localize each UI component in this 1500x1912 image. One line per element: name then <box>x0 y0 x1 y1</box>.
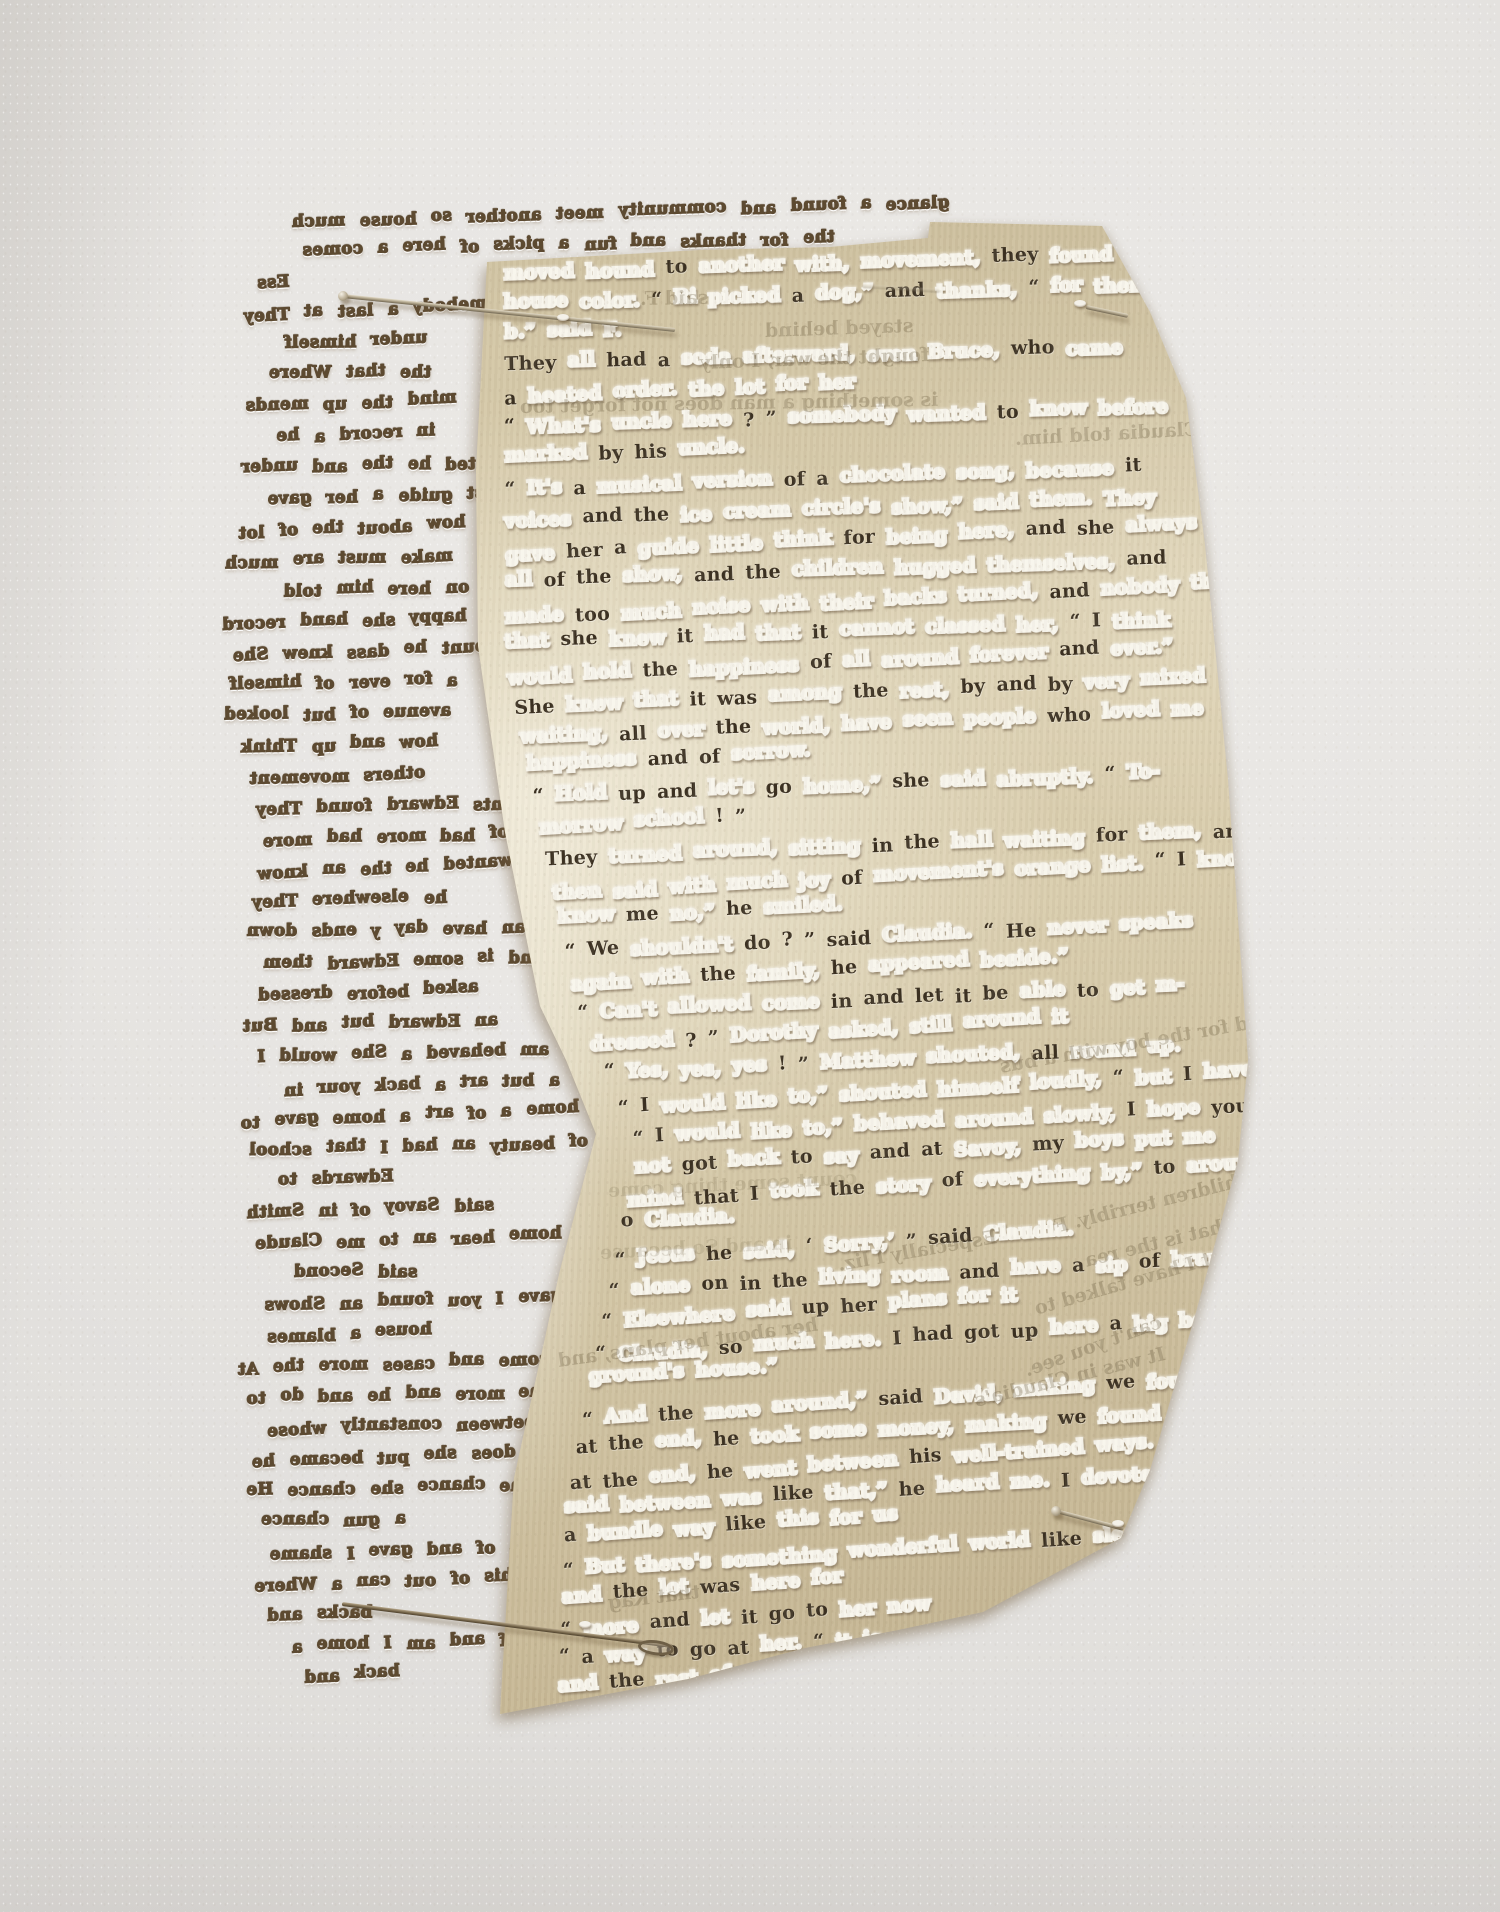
straight-pin-top-right-under-shaft <box>862 284 940 292</box>
needle-eye <box>637 1638 675 1657</box>
paper-pierce-bump <box>1112 1520 1124 1527</box>
straight-pin-top-left-head <box>338 291 348 301</box>
straight-pin-top-right-shaft <box>1086 305 1129 317</box>
paper-pierce-bump <box>557 314 569 321</box>
straight-pin-bottom-right-head <box>1051 1506 1061 1516</box>
artwork-photo: much house so another meet community and… <box>0 0 1500 1912</box>
sewing-needle-bottom-left-shaft <box>342 1602 672 1647</box>
paper-pierce-bump <box>1074 300 1086 307</box>
paper-pierce-bump <box>579 1621 591 1628</box>
straight-pin-top-left-shaft <box>343 294 675 331</box>
pins-layer <box>0 0 1500 1912</box>
